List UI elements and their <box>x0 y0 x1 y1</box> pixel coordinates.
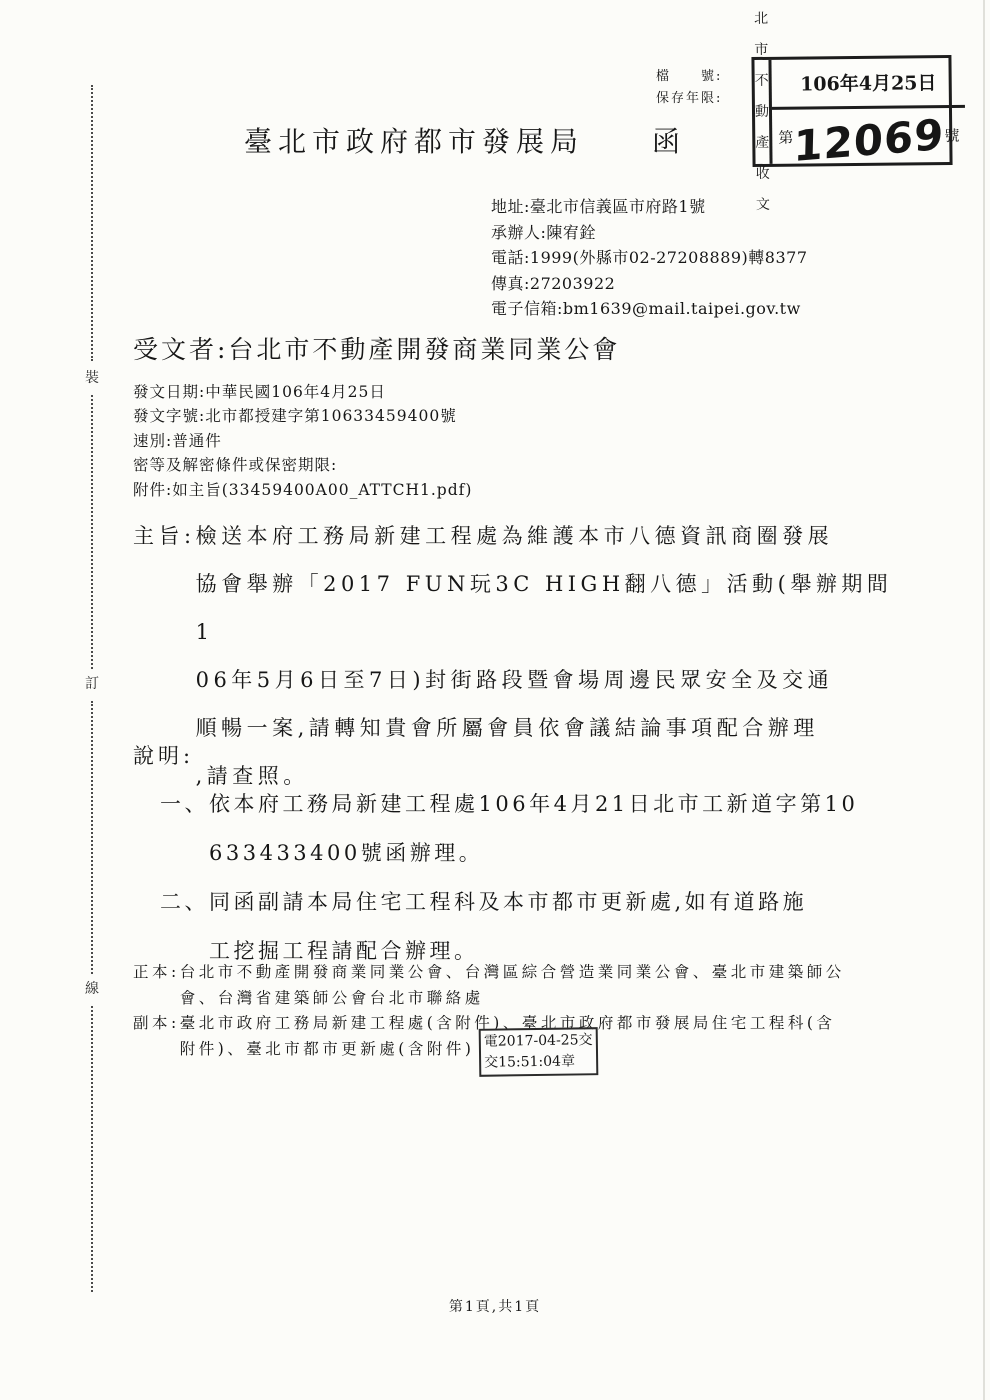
cc-label: 副本: <box>133 1011 180 1062</box>
scanned-official-letter: 裝 訂 線 檔 號: 保存年限: 北市 不動產 收文 106年4月25日 第 1… <box>0 0 990 1400</box>
receipt-number-suffix: 號 <box>944 124 959 145</box>
original-recipients: 台北市不動產開發商業同業公會、台灣區綜合營造業同業公會、臺北市建築師公 會、台灣… <box>180 960 845 1011</box>
binding-char-ding: 訂 <box>81 673 103 693</box>
item-text: 依本府工務局新建工程處106年4月21日北市工新道字第10 633433400號… <box>209 780 858 878</box>
binding-line-segment <box>91 395 93 669</box>
subject-text: 檢送本府工務局新建工程處為維護本市八德資訊商圈發展 協會舉辦「2017 FUN玩… <box>196 512 903 800</box>
retention-label: 保存年限: <box>656 91 722 106</box>
binding-line-segment <box>91 701 93 974</box>
item-marker: 一、 <box>160 780 209 878</box>
document-meta: 發文日期:中華民國106年4月25日 發文字號:北市都授建字第106334594… <box>133 380 472 502</box>
original-copy-row: 正本: 台北市不動產開發商業同業公會、台灣區綜合營造業同業公會、臺北市建築師公 … <box>133 960 923 1011</box>
explanation-item-1: 一、 依本府工務局新建工程處106年4月21日北市工新道字第10 6334334… <box>160 780 920 878</box>
recipient-line: 受文者:台北市不動產開發商業同業公會 <box>133 330 620 366</box>
original-label: 正本: <box>133 960 180 1011</box>
explanation-heading: 說明: <box>133 740 194 770</box>
binding-char-zhuang: 裝 <box>81 367 103 387</box>
binding-line-segment <box>91 1006 93 1292</box>
binding-char-xian: 線 <box>81 978 103 998</box>
electronic-dispatch-stamp: 電2017-04-25交 交15:51:04章 <box>479 1027 598 1077</box>
subject-section: 主旨: 檢送本府工務局新建工程處為維護本市八德資訊商圈發展 協會舉辦「2017 … <box>133 512 903 800</box>
page-footer: 第1頁,共1頁 <box>0 1296 990 1316</box>
receipt-stamp-date: 106年4月25日 <box>771 58 965 110</box>
contact-info: 地址:臺北市信義區市府路1號 承辦人:陳宥銓 電話:1999(外縣市02-272… <box>491 194 808 322</box>
file-number-label: 檔 號: <box>656 69 722 84</box>
document-title: 臺北市政府都市發展局 函 <box>0 120 930 160</box>
archive-labels: 檔 號: 保存年限: <box>656 66 722 110</box>
